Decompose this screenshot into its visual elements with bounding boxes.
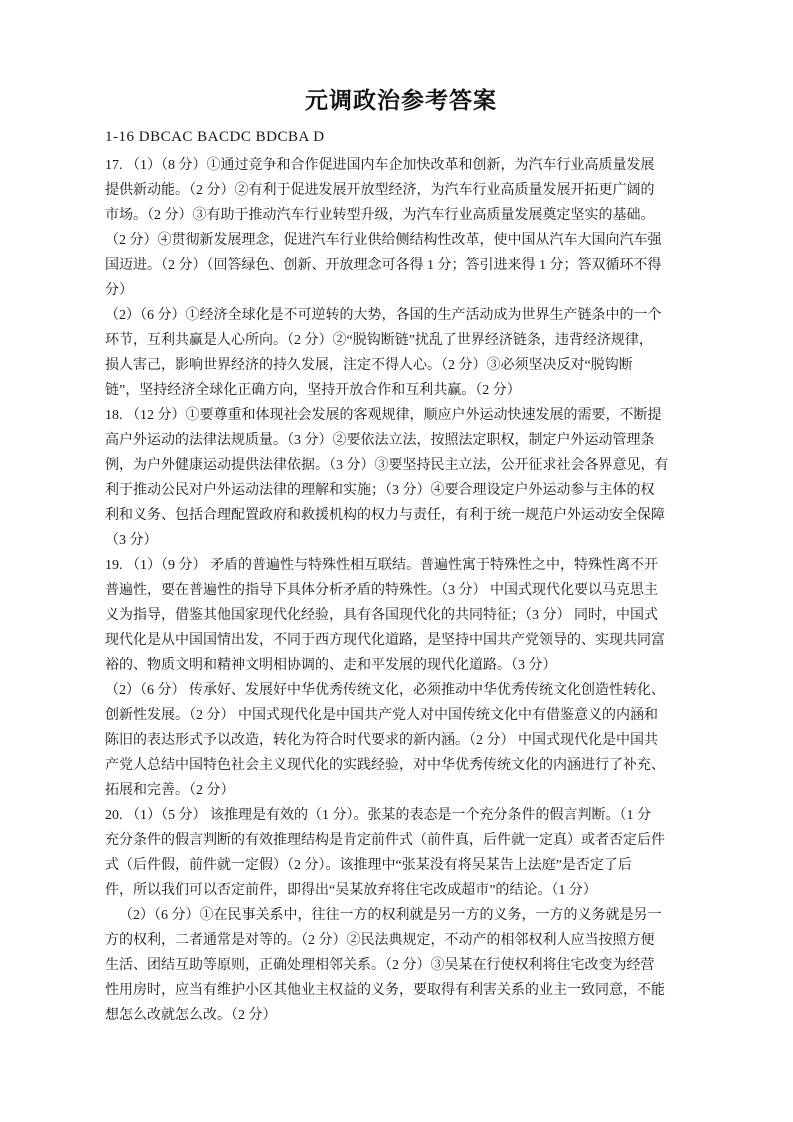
answer-line: 利于推动公民对户外运动法律的理解和实施；（3 分）④要合理设定户外运动参与主体的… xyxy=(105,478,697,503)
answer-line: 普遍性，要在普遍性的指导下具体分析矛盾的特殊性。（3 分） 中国式现代化要以马克… xyxy=(105,578,697,603)
answer-block-18: 18. （12 分）①要尊重和体现社会发展的客观规律，顺应户外运动快速发展的需要… xyxy=(105,403,697,553)
answer-line: 市场。（2 分）③有助于推动汽车行业转型升级，为汽车行业高质量发展奠定坚实的基础… xyxy=(105,203,697,228)
page-title: 元调政治参考答案 xyxy=(105,84,697,116)
answer-line: 式（后件假，前件就一定假）（2 分）。该推理中“张某没有将吴某告上法庭”是否定了… xyxy=(105,853,697,878)
answer-line: 利和义务、包括合理配置政府和救援机构的权力与责任，有利于统一规范户外运动安全保障 xyxy=(105,503,697,528)
answer-block-20-2: （2）（6 分）①在民事关系中，往往一方的权利就是另一方的义务，一方的义务就是另… xyxy=(105,903,697,1028)
answer-line: （2 分）④贯彻新发展理念，促进汽车行业供给侧结构性改革，使中国从汽车大国向汽车… xyxy=(105,228,697,253)
answer-line: 18. （12 分）①要尊重和体现社会发展的客观规律，顺应户外运动快速发展的需要… xyxy=(105,403,697,428)
answers-container: 17. （1）（8 分）①通过竞争和合作促进国内车企加快改革和创新，为汽车行业高… xyxy=(105,153,697,1028)
answer-line: 20. （1）（5 分） 该推理是有效的（1 分）。张某的表态是一个充分条件的假… xyxy=(105,803,697,828)
answer-line: （3 分） xyxy=(105,528,697,553)
answer-line: 性用房时，应当有维护小区其他业主权益的义务，要取得有利害关系的业主一致同意，不能 xyxy=(105,978,697,1003)
answer-line: 高户外运动的法律法规质量。（3 分）②要依法立法，按照法定职权，制定户外运动管理… xyxy=(105,428,697,453)
answer-line: 链”，坚持经济全球化正确方向，坚持开放合作和互利共赢。（2 分） xyxy=(105,378,697,403)
answer-line: 环节，互利共赢是人心所向。（2 分）②“脱钩断链”扰乱了世界经济链条，违背经济规… xyxy=(105,328,697,353)
answer-line: 产党人总结中国特色社会主义现代化的实践经验，对中华优秀传统文化的内涵进行了补充、 xyxy=(105,753,697,778)
answer-line: 义为指导，借鉴其他国家现代化经验，具有各国现代化的共同特征；（3 分） 同时，中… xyxy=(105,603,697,628)
answer-block-17-1: 17. （1）（8 分）①通过竞争和合作促进国内车企加快改革和创新，为汽车行业高… xyxy=(105,153,697,303)
answer-line: 生活、团结互助等原则，正确处理相邻关系。（2 分）③吴某在行使权利将住宅改变为经… xyxy=(105,953,697,978)
answer-block-20-1: 20. （1）（5 分） 该推理是有效的（1 分）。张某的表态是一个充分条件的假… xyxy=(105,803,697,903)
answer-line: 损人害己，影响世界经济的持久发展，注定不得人心。（2 分）③必须坚决反对“脱钩断 xyxy=(105,353,697,378)
answer-block-19-1: 19. （1）（9 分） 矛盾的普遍性与特殊性相互联结。普遍性寓于特殊性之中，特… xyxy=(105,553,697,678)
answer-line: 拓展和完善。（2 分） xyxy=(105,778,697,803)
answer-block-19-2: （2）（6 分） 传承好、发展好中华优秀传统文化，必须推动中华优秀传统文化创造性… xyxy=(105,678,697,803)
answer-line: 想怎么改就怎么改。（2 分） xyxy=(105,1003,697,1028)
answer-line: 分） xyxy=(105,278,697,303)
answer-block-17-2: （2）（6 分）①经济全球化是不可逆转的大势，各国的生产活动成为世界生产链条中的… xyxy=(105,303,697,403)
answer-line: （2）（6 分） 传承好、发展好中华优秀传统文化，必须推动中华优秀传统文化创造性… xyxy=(105,678,697,703)
answer-line: （2）（6 分）①在民事关系中，往往一方的权利就是另一方的义务，一方的义务就是另… xyxy=(105,903,697,928)
answer-line: 现代化是从中国国情出发，不同于西方现代化道路，是坚持中国共产党领导的、实现共同富 xyxy=(105,628,697,653)
multiple-choice-answers: 1-16 DBCAC BACDC BDCBA D xyxy=(105,126,697,148)
answer-line: 陈旧的表达形式予以改造，转化为符合时代要求的新内涵。（2 分） 中国式现代化是中… xyxy=(105,728,697,753)
answer-line: 19. （1）（9 分） 矛盾的普遍性与特殊性相互联结。普遍性寓于特殊性之中，特… xyxy=(105,553,697,578)
answer-key-document: 元调政治参考答案 1-16 DBCAC BACDC BDCBA D 17. （1… xyxy=(0,0,793,1122)
answer-line: 裕的、物质文明和精神文明相协调的、走和平发展的现代化道路。（3 分） xyxy=(105,653,697,678)
answer-line: 件，所以我们可以否定前件，即得出“吴某放弃将住宅改成超市”的结论。（1 分） xyxy=(105,878,697,903)
answer-line: 国迈进。（2 分）（回答绿色、创新、开放理念可各得 1 分；答引进来得 1 分；… xyxy=(105,253,697,278)
answer-line: 17. （1）（8 分）①通过竞争和合作促进国内车企加快改革和创新，为汽车行业高… xyxy=(105,153,697,178)
answer-line: （2）（6 分）①经济全球化是不可逆转的大势，各国的生产活动成为世界生产链条中的… xyxy=(105,303,697,328)
answer-line: 充分条件的假言判断的有效推理结构是肯定前件式（前件真，后件就一定真）或者否定后件 xyxy=(105,828,697,853)
answer-line: 提供新动能。（2 分）②有利于促进发展开放型经济，为汽车行业高质量发展开拓更广阔… xyxy=(105,178,697,203)
answer-line: 创新性发展。（2 分） 中国式现代化是中国共产党人对中国传统文化中有借鉴意义的内… xyxy=(105,703,697,728)
answer-line: 方的权利，二者通常是对等的。（2 分）②民法典规定，不动产的相邻权利人应当按照方… xyxy=(105,928,697,953)
answer-line: 例，为户外健康运动提供法律依据。（3 分）③要坚持民主立法，公开征求社会各界意见… xyxy=(105,453,697,478)
